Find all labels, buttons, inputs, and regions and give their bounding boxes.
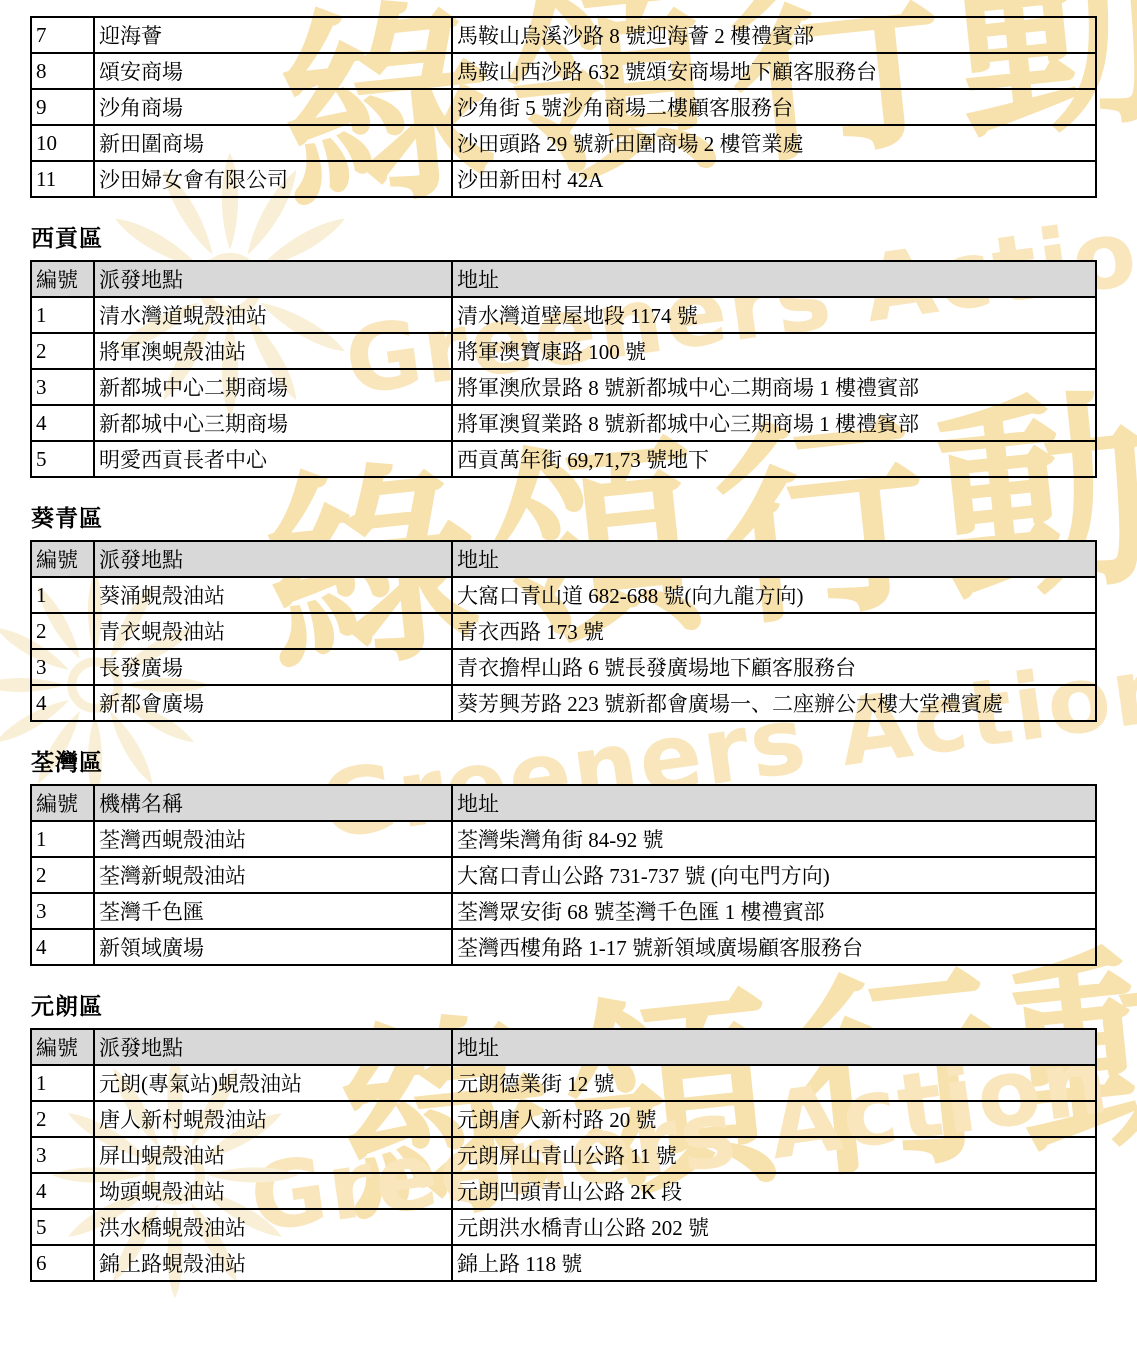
locations-table-yuen-long: 編號派發地點地址1元朗(專氣站)蜆殼油站元朗德業街 12 號2唐人新村蜆殼油站元…	[30, 1028, 1097, 1282]
row-number-cell: 4	[31, 929, 94, 965]
table-row: 10新田圍商場沙田頭路 29 號新田圍商場 2 樓管業處	[31, 125, 1096, 161]
locations-table-sai-kung: 編號派發地點地址1清水灣道蜆殼油站清水灣道壁屋地段 1174 號2將軍澳蜆殼油站…	[30, 260, 1097, 478]
address-cell: 沙田頭路 29 號新田圍商場 2 樓管業處	[452, 125, 1096, 161]
location-name-cell: 葵涌蜆殼油站	[94, 577, 452, 613]
row-number-cell: 1	[31, 577, 94, 613]
column-header: 編號	[31, 261, 94, 297]
table-row: 5明愛西貢長者中心西貢萬年街 69,71,73 號地下	[31, 441, 1096, 477]
location-name-cell: 新田圍商場	[94, 125, 452, 161]
location-name-cell: 荃灣千色匯	[94, 893, 452, 929]
section-sai-kung: 西貢區 編號派發地點地址1清水灣道蜆殼油站清水灣道壁屋地段 1174 號2將軍澳…	[30, 224, 1137, 478]
table-header-row: 編號派發地點地址	[31, 541, 1096, 577]
table-header-row: 編號機構名稱地址	[31, 785, 1096, 821]
location-name-cell: 沙角商場	[94, 89, 452, 125]
table-row: 1元朗(專氣站)蜆殼油站元朗德業街 12 號	[31, 1065, 1096, 1101]
location-name-cell: 將軍澳蜆殼油站	[94, 333, 452, 369]
column-header: 地址	[452, 1029, 1096, 1065]
address-cell: 沙角街 5 號沙角商場二樓顧客服務台	[452, 89, 1096, 125]
table-row: 11沙田婦女會有限公司沙田新田村 42A	[31, 161, 1096, 197]
location-name-cell: 明愛西貢長者中心	[94, 441, 452, 477]
address-cell: 將軍澳貿業路 8 號新都城中心三期商場 1 樓禮賓部	[452, 405, 1096, 441]
location-name-cell: 頌安商場	[94, 53, 452, 89]
row-number-cell: 1	[31, 297, 94, 333]
location-name-cell: 荃灣西蜆殼油站	[94, 821, 452, 857]
table-row: 2將軍澳蜆殼油站將軍澳寶康路 100 號	[31, 333, 1096, 369]
address-cell: 清水灣道壁屋地段 1174 號	[452, 297, 1096, 333]
table-row: 6錦上路蜆殼油站錦上路 118 號	[31, 1245, 1096, 1281]
document-page: 綠領行動 Greeners Action 綠領行動 Greeners Actio…	[0, 0, 1137, 1365]
location-name-cell: 坳頭蜆殼油站	[94, 1173, 452, 1209]
row-number-cell: 2	[31, 1101, 94, 1137]
location-name-cell: 唐人新村蜆殼油站	[94, 1101, 452, 1137]
location-name-cell: 屏山蜆殼油站	[94, 1137, 452, 1173]
row-number-cell: 2	[31, 857, 94, 893]
district-title: 西貢區	[31, 224, 1137, 254]
row-number-cell: 2	[31, 613, 94, 649]
table-row: 5洪水橋蜆殼油站元朗洪水橋青山公路 202 號	[31, 1209, 1096, 1245]
table-row: 3屏山蜆殼油站元朗屏山青山公路 11 號	[31, 1137, 1096, 1173]
district-title: 荃灣區	[31, 748, 1137, 778]
section-tsuen-wan: 荃灣區 編號機構名稱地址1荃灣西蜆殼油站荃灣柴灣角街 84-92 號2荃灣新蜆殼…	[30, 748, 1137, 966]
table-row: 7迎海薈馬鞍山烏溪沙路 8 號迎海薈 2 樓禮賓部	[31, 17, 1096, 53]
table-row: 1荃灣西蜆殼油站荃灣柴灣角街 84-92 號	[31, 821, 1096, 857]
row-number-cell: 3	[31, 1137, 94, 1173]
row-number-cell: 5	[31, 441, 94, 477]
table-row: 3荃灣千色匯荃灣眾安街 68 號荃灣千色匯 1 樓禮賓部	[31, 893, 1096, 929]
section-kwai-tsing: 葵青區 編號派發地點地址1葵涌蜆殼油站大窩口青山道 682-688 號(向九龍方…	[30, 504, 1137, 722]
location-name-cell: 荃灣新蜆殼油站	[94, 857, 452, 893]
address-cell: 元朗洪水橋青山公路 202 號	[452, 1209, 1096, 1245]
row-number-cell: 3	[31, 369, 94, 405]
address-cell: 葵芳興芳路 223 號新都會廣場一、二座辦公大樓大堂禮賓處	[452, 685, 1096, 721]
address-cell: 荃灣柴灣角街 84-92 號	[452, 821, 1096, 857]
table-row: 8頌安商場馬鞍山西沙路 632 號頌安商場地下顧客服務台	[31, 53, 1096, 89]
location-name-cell: 清水灣道蜆殼油站	[94, 297, 452, 333]
column-header: 派發地點	[94, 541, 452, 577]
column-header: 地址	[452, 785, 1096, 821]
location-name-cell: 新領域廣場	[94, 929, 452, 965]
address-cell: 青衣擔桿山路 6 號長發廣場地下顧客服務台	[452, 649, 1096, 685]
address-cell: 錦上路 118 號	[452, 1245, 1096, 1281]
address-cell: 沙田新田村 42A	[452, 161, 1096, 197]
row-number-cell: 1	[31, 1065, 94, 1101]
locations-table-kwai-tsing: 編號派發地點地址1葵涌蜆殼油站大窩口青山道 682-688 號(向九龍方向)2青…	[30, 540, 1097, 722]
table-row: 9沙角商場沙角街 5 號沙角商場二樓顧客服務台	[31, 89, 1096, 125]
row-number-cell: 8	[31, 53, 94, 89]
address-cell: 青衣西路 173 號	[452, 613, 1096, 649]
column-header: 派發地點	[94, 1029, 452, 1065]
row-number-cell: 5	[31, 1209, 94, 1245]
address-cell: 西貢萬年街 69,71,73 號地下	[452, 441, 1096, 477]
column-header: 地址	[452, 541, 1096, 577]
location-name-cell: 新都城中心二期商場	[94, 369, 452, 405]
row-number-cell: 4	[31, 405, 94, 441]
address-cell: 元朗屏山青山公路 11 號	[452, 1137, 1096, 1173]
table-row: 2青衣蜆殼油站青衣西路 173 號	[31, 613, 1096, 649]
table-row: 4新領域廣場荃灣西樓角路 1-17 號新領域廣場顧客服務台	[31, 929, 1096, 965]
table-row: 4新都會廣場葵芳興芳路 223 號新都會廣場一、二座辦公大樓大堂禮賓處	[31, 685, 1096, 721]
column-header: 派發地點	[94, 261, 452, 297]
district-title: 葵青區	[31, 504, 1137, 534]
location-name-cell: 洪水橋蜆殼油站	[94, 1209, 452, 1245]
table-row: 3長發廣場青衣擔桿山路 6 號長發廣場地下顧客服務台	[31, 649, 1096, 685]
document-content: 7迎海薈馬鞍山烏溪沙路 8 號迎海薈 2 樓禮賓部8頌安商場馬鞍山西沙路 632…	[0, 0, 1137, 1282]
table-row: 3新都城中心二期商場將軍澳欣景路 8 號新都城中心二期商場 1 樓禮賓部	[31, 369, 1096, 405]
address-cell: 元朗唐人新村路 20 號	[452, 1101, 1096, 1137]
row-number-cell: 1	[31, 821, 94, 857]
row-number-cell: 7	[31, 17, 94, 53]
address-cell: 元朗凹頭青山公路 2K 段	[452, 1173, 1096, 1209]
locations-table-continued: 7迎海薈馬鞍山烏溪沙路 8 號迎海薈 2 樓禮賓部8頌安商場馬鞍山西沙路 632…	[30, 16, 1097, 198]
location-name-cell: 新都城中心三期商場	[94, 405, 452, 441]
table-row: 4新都城中心三期商場將軍澳貿業路 8 號新都城中心三期商場 1 樓禮賓部	[31, 405, 1096, 441]
table-row: 2唐人新村蜆殼油站元朗唐人新村路 20 號	[31, 1101, 1096, 1137]
address-cell: 馬鞍山西沙路 632 號頌安商場地下顧客服務台	[452, 53, 1096, 89]
column-header: 編號	[31, 1029, 94, 1065]
row-number-cell: 4	[31, 1173, 94, 1209]
section-yuen-long: 元朗區 編號派發地點地址1元朗(專氣站)蜆殼油站元朗德業街 12 號2唐人新村蜆…	[30, 992, 1137, 1282]
row-number-cell: 11	[31, 161, 94, 197]
address-cell: 荃灣西樓角路 1-17 號新領域廣場顧客服務台	[452, 929, 1096, 965]
locations-table-tsuen-wan: 編號機構名稱地址1荃灣西蜆殼油站荃灣柴灣角街 84-92 號2荃灣新蜆殼油站大窩…	[30, 784, 1097, 966]
district-title: 元朗區	[31, 992, 1137, 1022]
location-name-cell: 錦上路蜆殼油站	[94, 1245, 452, 1281]
column-header: 編號	[31, 541, 94, 577]
location-name-cell: 長發廣場	[94, 649, 452, 685]
location-name-cell: 沙田婦女會有限公司	[94, 161, 452, 197]
column-header: 地址	[452, 261, 1096, 297]
column-header: 編號	[31, 785, 94, 821]
address-cell: 大窩口青山公路 731-737 號 (向屯門方向)	[452, 857, 1096, 893]
table-row: 4坳頭蜆殼油站元朗凹頭青山公路 2K 段	[31, 1173, 1096, 1209]
location-name-cell: 元朗(專氣站)蜆殼油站	[94, 1065, 452, 1101]
address-cell: 將軍澳寶康路 100 號	[452, 333, 1096, 369]
table-header-row: 編號派發地點地址	[31, 1029, 1096, 1065]
row-number-cell: 3	[31, 649, 94, 685]
address-cell: 將軍澳欣景路 8 號新都城中心二期商場 1 樓禮賓部	[452, 369, 1096, 405]
location-name-cell: 青衣蜆殼油站	[94, 613, 452, 649]
location-name-cell: 迎海薈	[94, 17, 452, 53]
table-row: 1清水灣道蜆殼油站清水灣道壁屋地段 1174 號	[31, 297, 1096, 333]
row-number-cell: 10	[31, 125, 94, 161]
row-number-cell: 9	[31, 89, 94, 125]
address-cell: 馬鞍山烏溪沙路 8 號迎海薈 2 樓禮賓部	[452, 17, 1096, 53]
table-row: 1葵涌蜆殼油站大窩口青山道 682-688 號(向九龍方向)	[31, 577, 1096, 613]
row-number-cell: 2	[31, 333, 94, 369]
row-number-cell: 4	[31, 685, 94, 721]
address-cell: 荃灣眾安街 68 號荃灣千色匯 1 樓禮賓部	[452, 893, 1096, 929]
address-cell: 大窩口青山道 682-688 號(向九龍方向)	[452, 577, 1096, 613]
location-name-cell: 新都會廣場	[94, 685, 452, 721]
table-header-row: 編號派發地點地址	[31, 261, 1096, 297]
section-continued: 7迎海薈馬鞍山烏溪沙路 8 號迎海薈 2 樓禮賓部8頌安商場馬鞍山西沙路 632…	[30, 16, 1137, 198]
address-cell: 元朗德業街 12 號	[452, 1065, 1096, 1101]
row-number-cell: 6	[31, 1245, 94, 1281]
column-header: 機構名稱	[94, 785, 452, 821]
table-row: 2荃灣新蜆殼油站大窩口青山公路 731-737 號 (向屯門方向)	[31, 857, 1096, 893]
row-number-cell: 3	[31, 893, 94, 929]
